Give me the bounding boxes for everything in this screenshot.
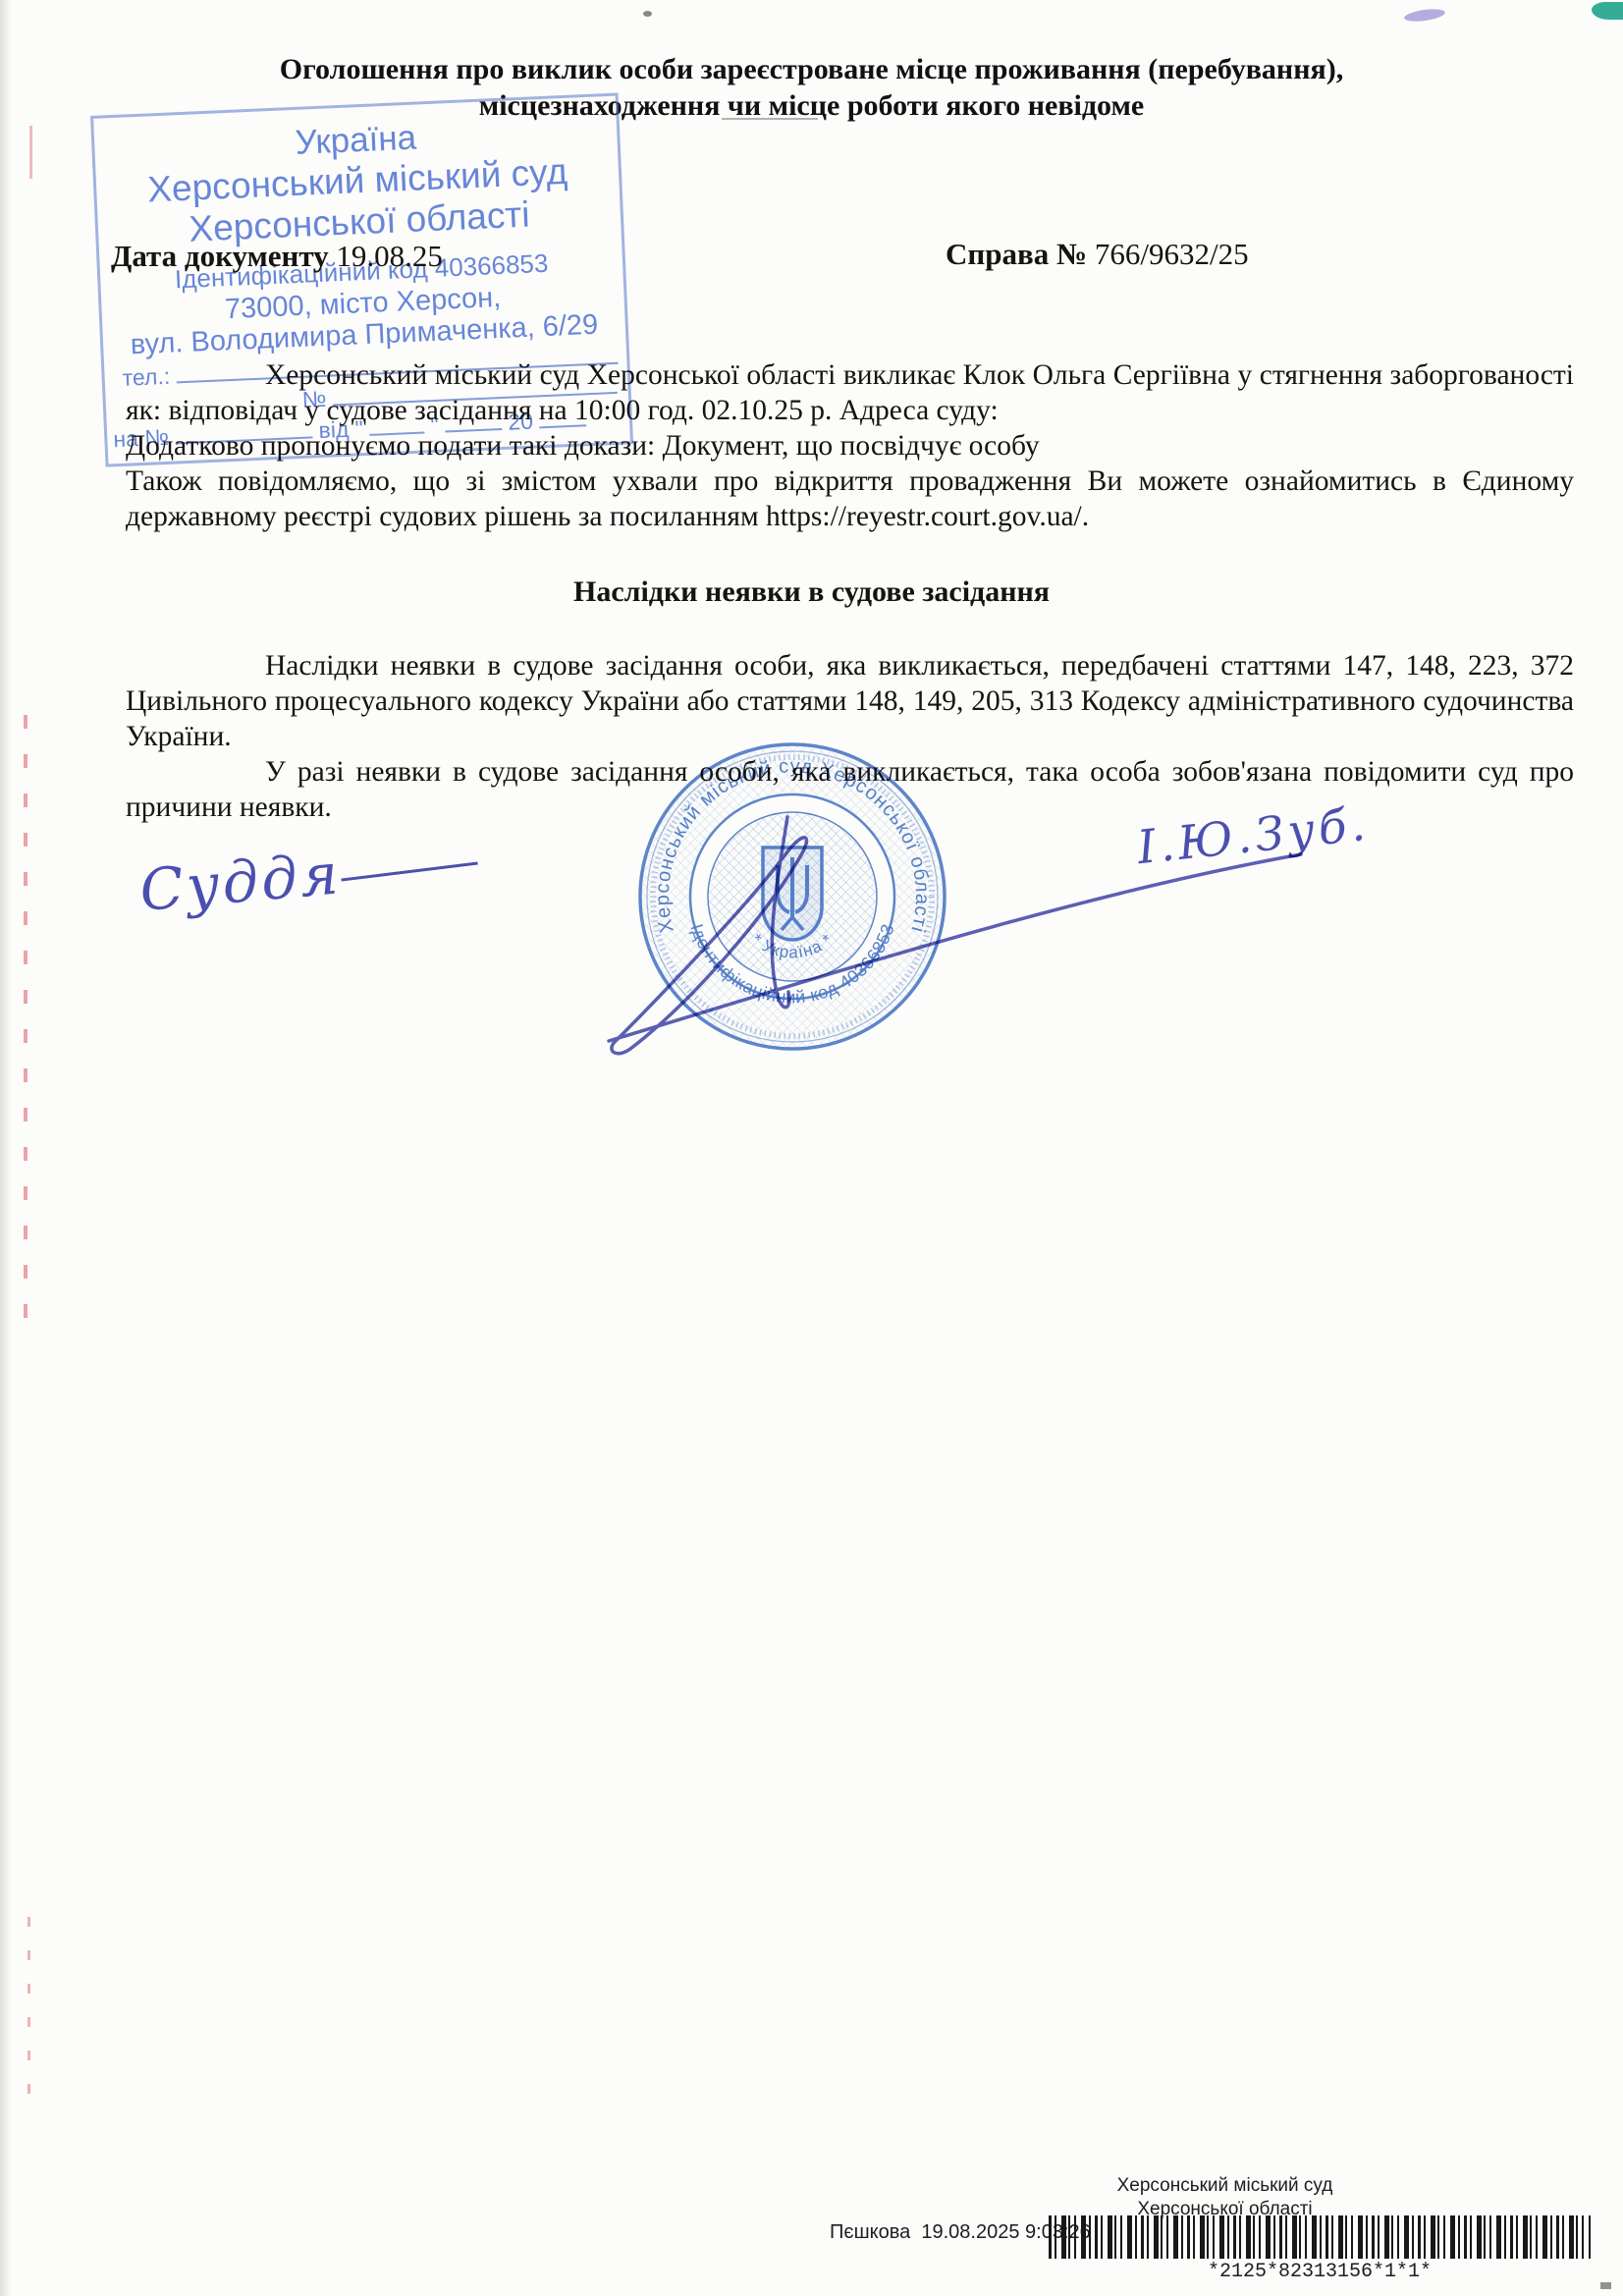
scan-artifact-violet-mark (1403, 7, 1445, 24)
footer-court-name: Херсонський міський суд Херсонської обла… (1055, 2174, 1394, 2221)
section-heading: Наслідки неявки в судове засідання (108, 575, 1515, 609)
signature-flourish (341, 858, 478, 882)
judge-signature-script: Суддя (137, 828, 481, 924)
scan-artifact-speck (643, 11, 652, 17)
paragraph-evidence: Додатково пропонуємо подати такі докази:… (126, 428, 1574, 464)
paragraph-summons: Херсонський міський суд Херсонської обла… (126, 357, 1574, 428)
case-number-line: Справа № 766/9632/25 (946, 237, 1249, 272)
clerk-name: Пєшкова (830, 2221, 910, 2243)
scanned-court-document: Оголошення про виклик особи зареєстрован… (0, 0, 1623, 2296)
case-number: 766/9632/25 (1095, 237, 1249, 271)
barcode (1049, 2215, 1591, 2259)
scan-artifact-teal-mark (1592, 2, 1623, 20)
barcode-text: *2125*82313156*1*1* (1049, 2261, 1591, 2283)
seal-signature-strokes (579, 748, 1325, 1072)
scan-artifact-red-marks (24, 715, 27, 1343)
date-value: 19.08.25 (336, 239, 443, 273)
document-title-line1: Оголошення про виклик особи зареєстрован… (108, 51, 1515, 87)
scan-artifact-underline (722, 118, 818, 120)
scan-edge-shadow (0, 0, 12, 2296)
footer-court-line1: Херсонський міський суд (1055, 2174, 1394, 2198)
case-label: Справа № (946, 237, 1087, 271)
paragraph-registry: Також повідомляємо, що зі змістом ухвали… (126, 464, 1574, 534)
judge-title-text: Суддя (137, 840, 344, 924)
scan-artifact-speck (1600, 2282, 1611, 2289)
scan-artifact-red-marks (27, 1917, 30, 2094)
date-label: Дата документу (111, 239, 329, 273)
scan-artifact-red-marks (29, 126, 32, 179)
document-date-line: Дата документу 19.08.25 (111, 239, 443, 274)
